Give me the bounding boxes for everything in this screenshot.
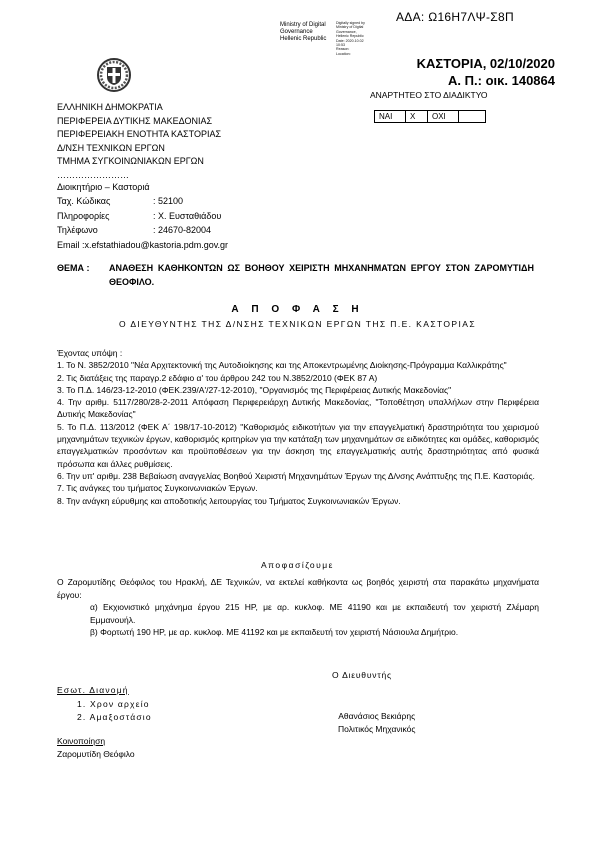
subject-text: ΑΝΑΘΕΣΗ ΚΑΘΗΚΟΝΤΩΝ ΩΣ ΒΟΗΘΟΥ ΧΕΙΡΙΣΤΗ ΜΗ… xyxy=(109,262,534,289)
machine-item: α) Εκχιονιστικό μηχάνημα έργου 215 HP, μ… xyxy=(57,601,539,626)
signer-title: Ο Διευθυντής xyxy=(332,670,392,680)
considering-item: 7. Τις ανάγκες του τμήματος Συγκοινωνιακ… xyxy=(57,482,539,494)
phone: : 24670-82004 xyxy=(153,225,211,235)
issuer-line: ΠΕΡΙΦΕΡΕΙΑ ΔΥΤΙΚΗΣ ΜΑΚΕΔΟΝΙΑΣ xyxy=(57,115,221,129)
signer-name: Αθανάσιος Βεκιάρης xyxy=(338,710,415,723)
considering-item: 5. Το Π.Δ. 113/2012 (ΦΕΚ Α΄ 198/17-10-20… xyxy=(57,421,539,470)
issuer-line: ΕΛΛΗΝΙΚΗ ΔΗΜΟΚΡΑΤΙΑ xyxy=(57,101,221,115)
notification-title: Κοινοποίηση xyxy=(57,735,135,748)
considering-section: Έχοντας υπόψη : 1. Το Ν. 3852/2010 "Νέα … xyxy=(57,347,539,507)
place-date: ΚΑΣΤΟΡΙΑ, 02/10/2020 xyxy=(417,55,555,72)
no-mark xyxy=(459,111,486,123)
date-protocol-block: ΚΑΣΤΟΡΙΑ, 02/10/2020 Α. Π.: οικ. 140864 xyxy=(417,55,555,89)
considering-item: 6. Την υπ' αριθμ. 238 Βεβαίωση αναγγελία… xyxy=(57,470,539,482)
distribution-item: 1. Χρον αρχείο xyxy=(57,698,152,712)
signature-line: Hellenic Republic xyxy=(280,36,326,43)
distribution-item: 2. Αμαξοστάσιο xyxy=(57,711,152,725)
considering-item: 1. Το Ν. 3852/2010 "Νέα Αρχιτεκτονική τη… xyxy=(57,359,539,371)
ada-code: ΑΔΑ: Ω16Η7ΛΨ-Σ8Π xyxy=(396,10,514,24)
considering-item: 2. Τις διατάξεις της παραγρ.2 εδάφιο α' … xyxy=(57,372,539,384)
postcode-label: Ταχ. Κώδικας xyxy=(57,194,153,208)
considering-item: 4. Την αριθμ. 5117/280/28-2-2011 Απόφαση… xyxy=(57,396,539,421)
decision-title: Α Π Ο Φ Α Σ Η xyxy=(0,304,595,315)
signature-detail: Location: xyxy=(336,52,406,56)
director-line: Ο ΔΙΕΥΘΥΝΤΗΣ ΤΗΣ Δ/ΝΣΗΣ ΤΕΧΝΙΚΩΝ ΕΡΓΩΝ Τ… xyxy=(0,319,595,329)
signature-line: Ministry of Digital xyxy=(280,22,326,29)
yes-label: ΝΑΙ xyxy=(375,111,406,123)
decision-paragraph: Ο Ζαρομυτίδης Θεόφιλος του Ηρακλή, ΔΕ Τε… xyxy=(57,576,539,601)
considering-item: 8. Την ανάγκη εύρυθμης και αποδοτικής λε… xyxy=(57,495,539,507)
issuer-line: ΤΜΗΜΑ ΣΥΓΚΟΙΝΩΝΙΑΚΩΝ ΕΡΓΩΝ xyxy=(57,155,221,169)
email: Email :x.efstathiadou@kastoria.pdm.gov.g… xyxy=(57,238,228,252)
phone-label: Τηλέφωνο xyxy=(57,223,153,237)
signer-role: Πολιτικός Μηχανικός xyxy=(338,723,415,736)
issuer-line: Δ/ΝΣΗ ΤΕΧΝΙΚΩΝ ΕΡΓΩΝ xyxy=(57,142,221,156)
signer-block: Αθανάσιος Βεκιάρης Πολιτικός Μηχανικός xyxy=(338,710,415,736)
machine-item: β) Φορτωτή 190 HP, με αρ. κυκλοφ. ΜΕ 411… xyxy=(57,626,539,639)
issuer-line: ΠΕΡΙΦΕΡΕΙΑΚΗ ΕΝΟΤΗΤΑ ΚΑΣΤΟΡΙΑΣ xyxy=(57,128,221,142)
address: Διοικητήριο – Καστοριά xyxy=(57,180,228,194)
post-online-table: ΝΑΙ Χ ΟΧΙ xyxy=(374,110,486,123)
greek-emblem-icon xyxy=(97,58,131,92)
contact-block: Διοικητήριο – Καστοριά Ταχ. Κώδικας: 521… xyxy=(57,180,228,252)
internal-distribution: Εσωτ. Διανομή 1. Χρον αρχείο 2. Αμαξοστά… xyxy=(57,684,152,725)
postcode: : 52100 xyxy=(153,196,183,206)
considering-intro: Έχοντας υπόψη : xyxy=(57,347,539,359)
digital-signature-details: Digitally signed by Ministry of Digital … xyxy=(336,21,406,56)
protocol-number: Α. Π.: οικ. 140864 xyxy=(417,72,555,89)
notification-recipient: Ζαρομυτίδη Θεόφιλο xyxy=(57,748,135,761)
decision-body: Ο Ζαρομυτίδης Θεόφιλος του Ηρακλή, ΔΕ Τε… xyxy=(57,576,539,639)
post-online-label: ΑΝΑΡΤΗΤΕΟ ΣΤΟ ΔΙΑΔΙΚΤΥΟ xyxy=(370,90,488,100)
considering-item: 3. Το Π.Δ. 146/23-12-2010 (ΦΕΚ.239/Α'/27… xyxy=(57,384,539,396)
distribution-title: Εσωτ. Διανομή xyxy=(57,684,152,698)
notification-block: Κοινοποίηση Ζαρομυτίδη Θεόφιλο xyxy=(57,735,135,761)
issuer-block: ΕΛΛΗΝΙΚΗ ΔΗΜΟΚΡΑΤΙΑ ΠΕΡΙΦΕΡΕΙΑ ΔΥΤΙΚΗΣ Μ… xyxy=(57,101,221,183)
no-label: ΟΧΙ xyxy=(428,111,459,123)
yes-mark: Χ xyxy=(406,111,428,123)
signature-line: Governance xyxy=(280,29,326,36)
digital-signature-label: Ministry of Digital Governance Hellenic … xyxy=(280,22,326,43)
subject-label: ΘΕΜΑ : xyxy=(57,262,109,276)
info-person: : Χ. Ευσταθιάδου xyxy=(153,211,221,221)
we-decide-heading: Αποφασίζουμε xyxy=(0,560,595,570)
subject: ΘΕΜΑ :ΑΝΑΘΕΣΗ ΚΑΘΗΚΟΝΤΩΝ ΩΣ ΒΟΗΘΟΥ ΧΕΙΡΙ… xyxy=(57,262,539,289)
info-label: Πληροφορίες xyxy=(57,209,153,223)
